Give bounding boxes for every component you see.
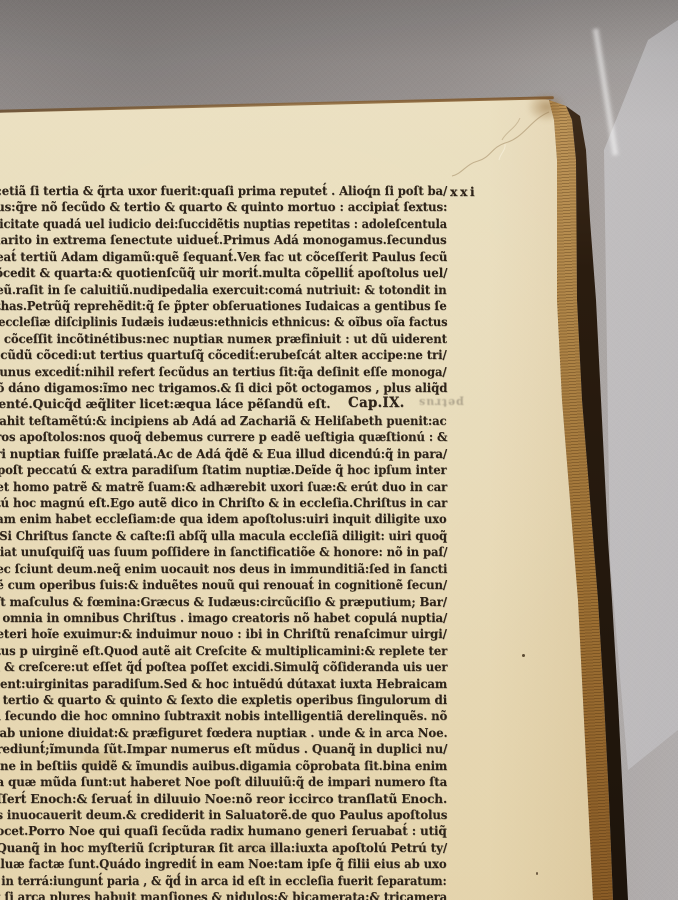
text-line: neũ.raſit in ſe caluitiũ.nudipedalia exe… (0, 282, 447, 298)
text-line: atus p uirginẽ eſt.Quod autẽ ait Creſcit… (0, 643, 447, 659)
text-line: nõ dáno digamos:ĩmo nec trigamos.& ſi di… (0, 380, 447, 396)
text-line: eros apoſtolos:nos quoq̃ debemus currere… (0, 429, 447, 445)
text-line: grediunt́;ĩmunda ſũt.Impar numerus eſt m… (0, 741, 447, 757)
text-line: itenté.Quicq̃d æq̃liter licet:æqua láce … (0, 396, 330, 412)
text-line: q̃ ne in beſtiis quidẽ & ĩmundis auibus.… (0, 758, 447, 774)
text-line: o.unus excedit́:nihil refert ſecũdus an … (0, 364, 447, 380)
text-line: lq̃ ſi arca plures habuit manſiones & ni… (0, 889, 447, 900)
text-line: beat́ tertiũ Adam digamũ:quẽ ſequant́.Ve… (0, 249, 447, 265)
text-line: na quæ mũda ſunt:ut haberet Noe poſt dil… (0, 774, 447, 790)
text-line: iã cõceſſit incõtinétibus:nec nuptiaʀ nu… (0, 331, 447, 347)
text-line: it́ in terrá:iungunt́ paria , & q̃d́ in … (0, 873, 447, 889)
text-line: ſciat unuſquiſq̃ uas ſuum poſſidere in ſ… (0, 544, 447, 560)
text-line: ſaluæ factæ ſunt.Quádo ingredit́ in eam … (0, 856, 447, 872)
text-line: docet.Porro Noe qui quaſi ſecũda radix h… (0, 823, 447, 839)
text-line: dus:q̃re nõ ſecũdo & tertio & quarto & q… (0, 199, 447, 215)
text-line: eſt maſculus & fœmina:Græcus & Iudæus:ci… (0, 594, 447, 610)
text-line: ueteri hoĩe exuimur:& induimur nouo : ib… (0, 626, 447, 642)
text-line: m & creſcere:ut eſſet q̃d́ poſtea poſſet… (0, 659, 447, 675)
text-line: cõcedit & quarta:& quotienſcũq̃ uir mori… (0, 265, 447, 281)
text-line: s eccleſiæ diſciplinis Iudæis iudæus:eth… (0, 314, 447, 330)
ink-speck (522, 654, 525, 657)
text-line: nam enim habet eccleſiam:de qua idem apo… (0, 511, 447, 527)
text-line: nec ſciunt deum.neq̃ enim uocauit nos de… (0, 561, 447, 577)
text-line: ſecũdũ cõcedi:ut tertius quartuſq̃ cõced… (0, 347, 447, 363)
text-block: ti:etiã ſi tertia & q̃rta uxor fuerit:qu… (0, 183, 488, 900)
text-line: athas.Petrũq̃ reprehẽdit:q̃ ſe p̃pter ob… (0, 298, 447, 314)
text-line: & omnia in omnibus Chriſtus . imago crea… (0, 610, 447, 626)
text-line: elicitate quadá uel iudicio dei:ſuccidẽt… (0, 216, 447, 232)
text-line: ti:etiã ſi tertia & q̃rta uxor fuerit:qu… (0, 183, 447, 199)
text-line: ẽtú hoc magnú eſt.Ego autẽ dico in Chriſ… (0, 495, 447, 511)
text-line: us inuocauerit deum.& crediderit in Salu… (0, 807, 447, 823)
text-line: & tertio & quarto & quinto & ſexto die e… (0, 692, 447, 708)
text-line: nẽ cum operibus ſuis:& induẽtes nouũ qui… (0, 577, 447, 593)
folio-number: xxi (450, 184, 477, 199)
ink-speck (536, 872, 538, 875)
text-line: uet homo patrẽ & matrẽ ſuam:& adhærebit … (0, 479, 447, 495)
text-line: trahit teſtamẽtú:& incipiens ab Adá ad Z… (0, 413, 447, 429)
text-line: t poſt peccatú & extra paradiſum ſtatim … (0, 462, 447, 478)
chapter-heading: Cap.IX. (348, 395, 405, 411)
text-line: nſſert́ Enoch:& ſeruat́ in diluuio Noe:n… (0, 791, 447, 807)
text-line: in ſecundo die hoc omnino ſubtraxit nobi… (0, 708, 447, 724)
text-line: a ab unione diuidat:& præfiguret fœdera … (0, 725, 447, 741)
text-line: ã.Si Chriſtus ſancte & caſte:ſi abſq̃ ul… (0, 528, 447, 544)
text-line: eri nuptiaʀ fuiſſe prælatá.Ac de Adá q̃d… (0, 446, 447, 462)
photo-of-book-page: { "photo": { "background": { "tissue_col… (0, 0, 678, 900)
text-line: olent:uirginitas paradiſum.Sed & hoc int… (0, 676, 447, 692)
text-line: i.Quanq̃ in hoc myſteriũ ſcripturaʀ ſit … (0, 840, 447, 856)
ghost-offset-text: petrus (418, 396, 464, 409)
text-line: marito in extrema ſenectute uiduet́.Prim… (0, 232, 447, 248)
